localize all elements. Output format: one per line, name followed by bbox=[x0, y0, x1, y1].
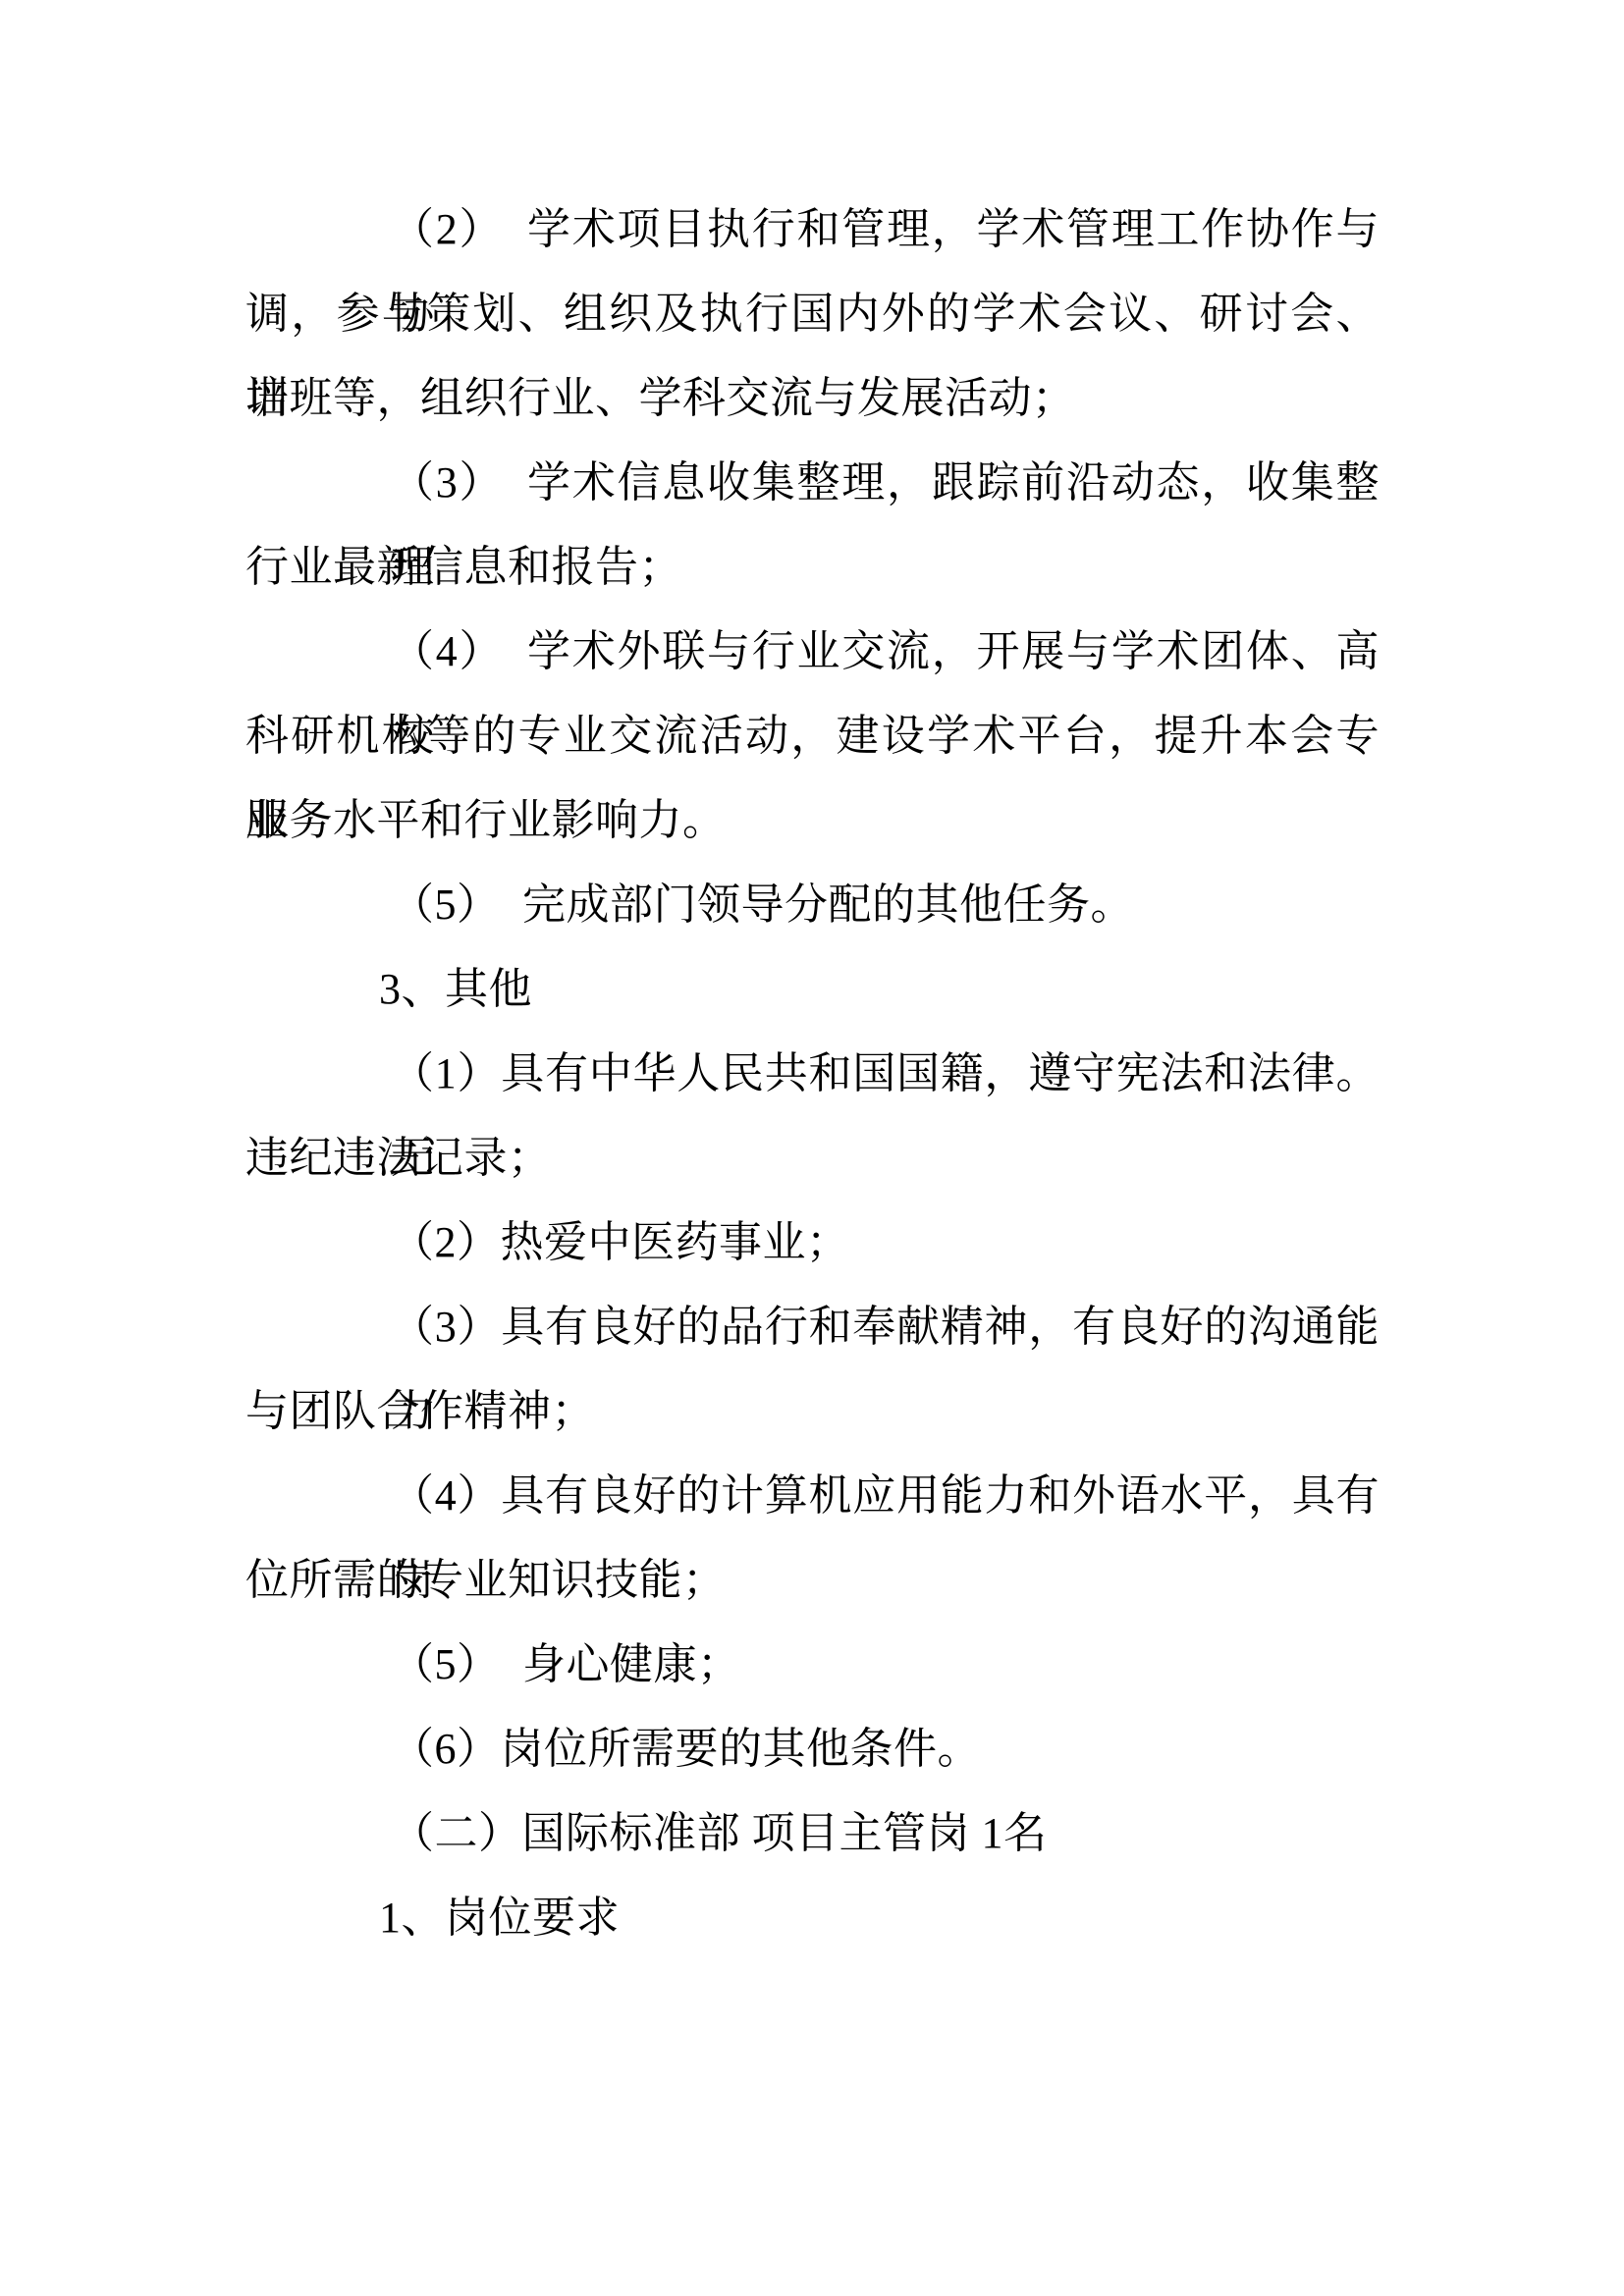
text-line: 调，参与策划、组织及执行国内外的学术会议、研讨会、培 bbox=[245, 272, 1380, 356]
text-line: 科研机构等的专业交流活动，建设学术平台，提升本会专业 bbox=[245, 694, 1380, 778]
text-line: （4） 学术外联与行业交流，开展与学术团体、高校 bbox=[245, 610, 1380, 694]
text-line: （3）具有良好的品行和奉献精神，有良好的沟通能力 bbox=[245, 1285, 1380, 1369]
text-line: 训班等，组织行业、学科交流与发展活动； bbox=[245, 356, 1380, 441]
text-line: （1）具有中华人民共和国国籍，遵守宪法和法律。无 bbox=[245, 1032, 1380, 1116]
text-line: （5） 完成部门领导分配的其他任务。 bbox=[245, 863, 1380, 947]
text-line: 违纪违法记录； bbox=[245, 1116, 1380, 1201]
document-text-block: （2） 学术项目执行和管理，学术管理工作协作与协 调，参与策划、组织及执行国内外… bbox=[245, 187, 1380, 1960]
section-heading: 1、岗位要求 bbox=[245, 1876, 1380, 1960]
text-line: 服务水平和行业影响力。 bbox=[245, 778, 1380, 863]
section-heading: 3、其他 bbox=[245, 947, 1380, 1032]
text-line: 行业最新信息和报告； bbox=[245, 525, 1380, 610]
text-line: （5） 身心健康； bbox=[245, 1623, 1380, 1707]
section-heading: （二）国际标准部 项目主管岗 1名 bbox=[245, 1791, 1380, 1876]
text-line: 与团队合作精神； bbox=[245, 1369, 1380, 1454]
text-line: （2） 学术项目执行和管理，学术管理工作协作与协 bbox=[245, 187, 1380, 272]
text-line: （6）岗位所需要的其他条件。 bbox=[245, 1707, 1380, 1791]
text-line: （2）热爱中医药事业； bbox=[245, 1201, 1380, 1285]
text-line: （4）具有良好的计算机应用能力和外语水平，具有岗 bbox=[245, 1454, 1380, 1538]
text-line: （3） 学术信息收集整理，跟踪前沿动态，收集整理 bbox=[245, 441, 1380, 525]
document-page: （2） 学术项目执行和管理，学术管理工作协作与协 调，参与策划、组织及执行国内外… bbox=[0, 0, 1624, 2296]
text-line: 位所需的专业知识技能； bbox=[245, 1538, 1380, 1623]
